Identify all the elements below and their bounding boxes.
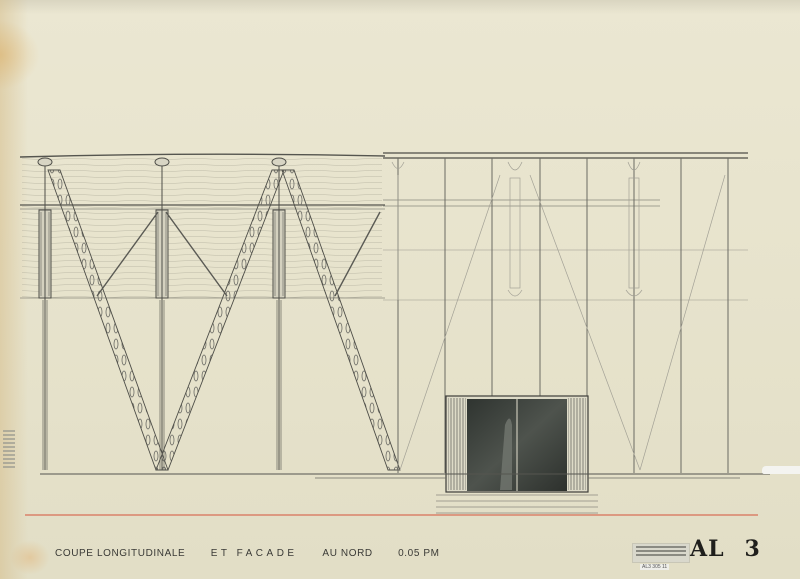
title-part: AU NORD xyxy=(322,548,372,559)
title-part: COUPE LONGITUDINALE xyxy=(55,548,185,559)
drawing-title: COUPE LONGITUDINALE ET FACADE AU NORD 0.… xyxy=(55,548,462,559)
paper-tear xyxy=(762,466,800,474)
archive-stamp xyxy=(632,543,690,563)
architectural-drawing xyxy=(0,0,800,579)
sheet-num: 3 xyxy=(745,536,761,562)
sheet-number: AL3 xyxy=(690,536,761,562)
drawing-sheet: COUPE LONGITUDINALE ET FACADE AU NORD 0.… xyxy=(0,0,800,579)
title-part: 0.05 PM xyxy=(398,548,439,559)
title-part: ET FACADE xyxy=(211,548,298,559)
longitudinal-section xyxy=(20,154,400,470)
entrance xyxy=(436,396,598,513)
north-facade xyxy=(383,153,748,513)
stamp-date: AL3 305 11 xyxy=(640,564,669,570)
sheet-prefix: AL xyxy=(690,536,725,562)
